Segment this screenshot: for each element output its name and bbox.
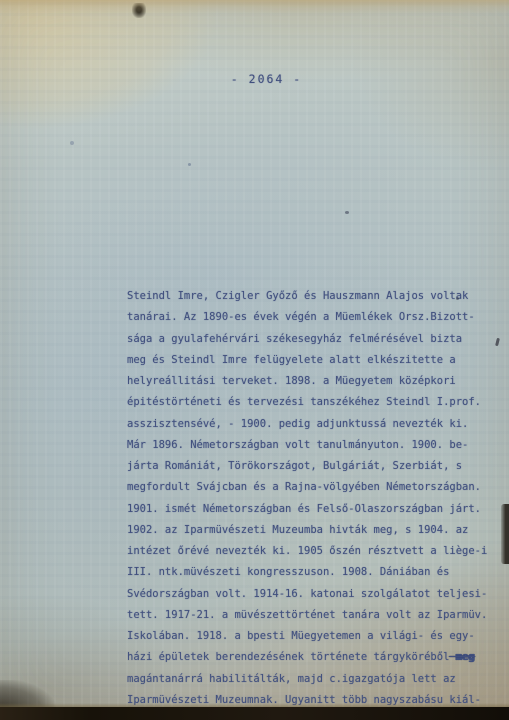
typewritten-line: 1901. ismét Németországban és Felső-Olas… [127, 499, 499, 520]
typewritten-line: tett. 1917-21. a müvészettörténet tanára… [127, 605, 499, 626]
typewritten-line: asszisztensévé, - 1900. pedig adjunktuss… [127, 414, 499, 435]
typewritten-line: Steindl Imre, Czigler Győző és Hauszmann… [127, 286, 499, 307]
typewritten-line: 1902. az Iparmüvészeti Muzeumba hivták m… [127, 520, 499, 541]
right-edge-shadow [501, 504, 509, 564]
typewritten-line: Iskolában. 1918. a bpesti Müegyetemen a … [127, 626, 499, 647]
typewritten-line: házi épületek berendezésének története t… [127, 647, 499, 668]
typewritten-line: Svédországban volt. 1914-16. katonai szo… [127, 584, 499, 605]
typewritten-line: járta Romániát, Törökországot, Bulgáriát… [127, 456, 499, 477]
typewritten-line: Már 1896. Németországban volt tanulmányu… [127, 435, 499, 456]
typewritten-line: épitéstörténeti és tervezési tanszékéhez… [127, 392, 499, 413]
typewritten-line: sága a gyulafehérvári székesegyház felmé… [127, 329, 499, 350]
ink-smudge [132, 3, 146, 18]
bottom-scan-shadow [0, 707, 509, 720]
typewritten-line: helyreállitási terveket. 1898. a Müegyet… [127, 371, 499, 392]
scanned-page: - 2064 - Steindl Imre, Czigler Győző és … [0, 0, 509, 720]
typewritten-line: intézet őrévé nevezték ki. 1905 őszén ré… [127, 541, 499, 562]
page-number: - 2064 - [12, 72, 509, 86]
overstruck-word: meg [449, 651, 474, 663]
paper-speck [456, 297, 459, 300]
typewritten-line: meg és Steindl Imre felügyelete alatt el… [127, 350, 499, 371]
typewritten-line: tanárai. Az 1890-es évek végén a Müemlék… [127, 307, 499, 328]
paper-speck [495, 338, 500, 346]
typewritten-line: III. ntk.müvészeti kongresszuson. 1908. … [127, 562, 499, 583]
typewritten-text: Steindl Imre, Czigler Győző és Hauszmann… [127, 286, 499, 711]
paper-speck [188, 163, 191, 166]
typewritten-line: megfordult Svájcban és a Rajna-völgyében… [127, 477, 499, 498]
paper-speck [70, 141, 74, 145]
paper-speck [345, 211, 349, 214]
typewritten-line: magántanárrá habilitálták, majd c.igazga… [127, 669, 499, 690]
